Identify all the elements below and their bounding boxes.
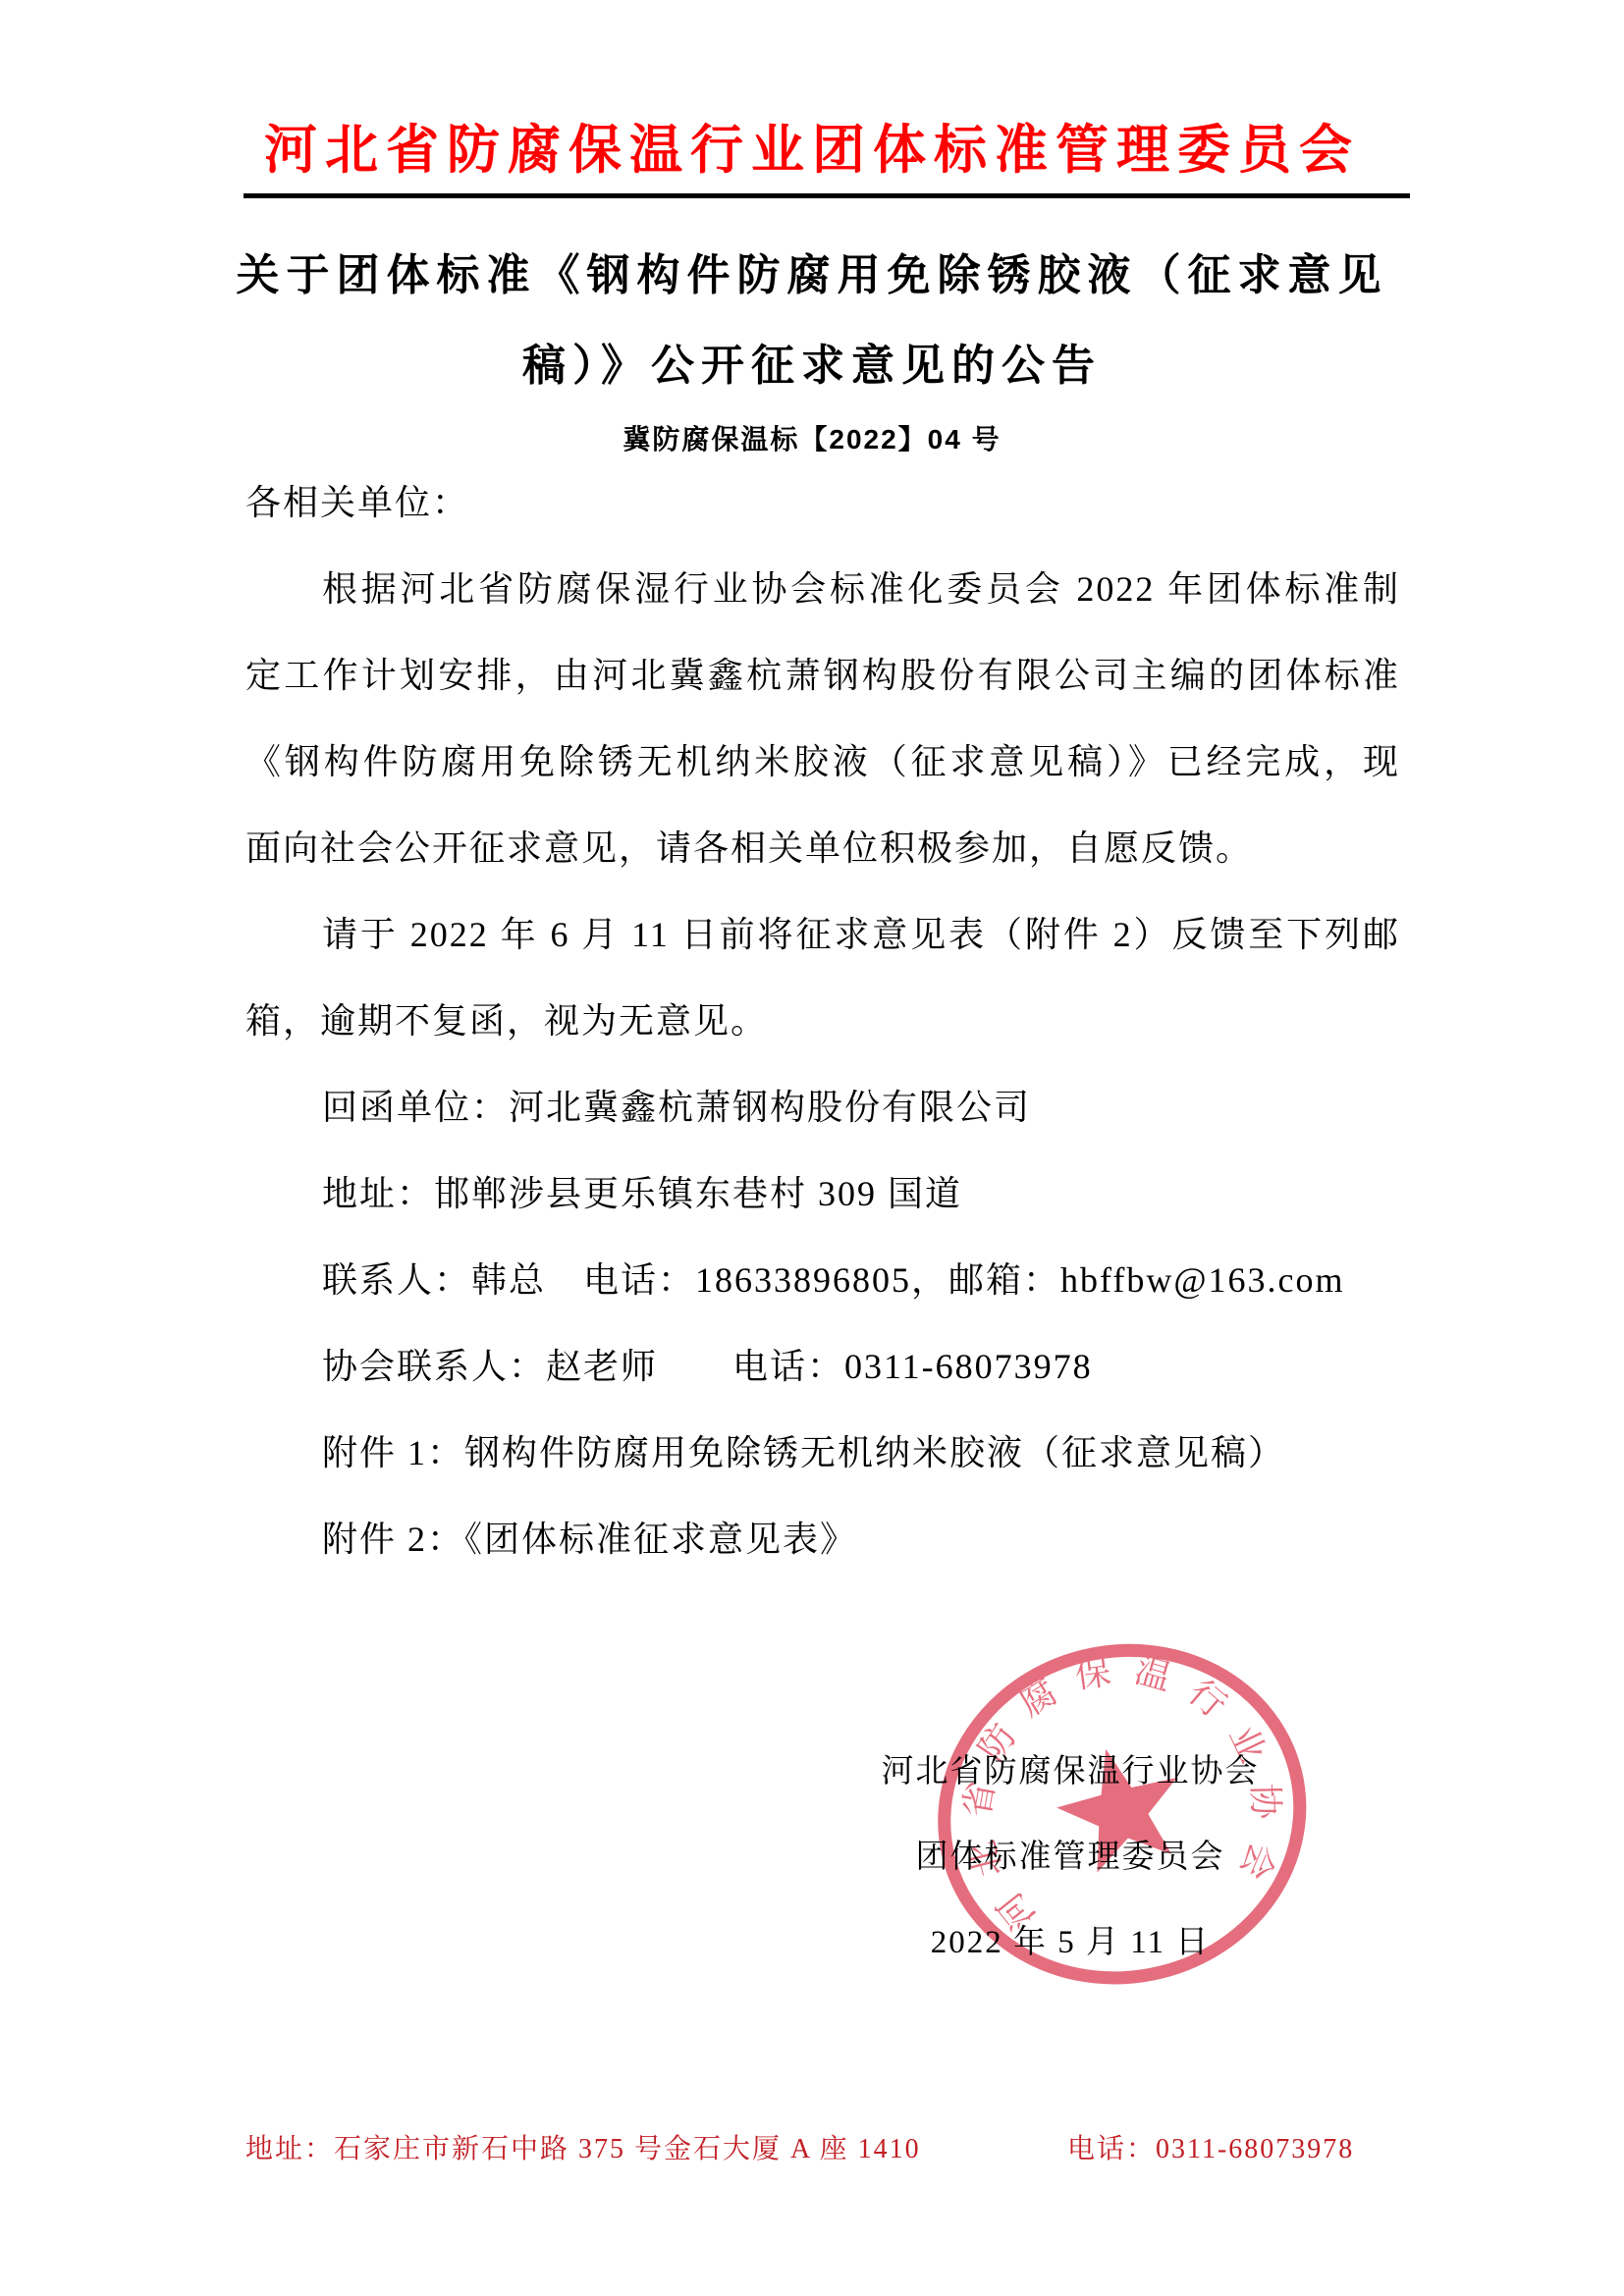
body-line: 联系人：韩总 电话：18633896805，邮箱：hbffbw@163.com xyxy=(245,1237,1400,1323)
body-line: 箱，逾期不复函，视为无意见。 xyxy=(245,978,1400,1064)
body-line: 面向社会公开征求意见，请各相关单位积极参加，自愿反馈。 xyxy=(245,805,1400,891)
document-title-line2: 稿）》公开征求意见的公告 xyxy=(0,338,1624,395)
body-line: 请于 2022 年 6 月 11 日前将征求意见表（附件 2）反馈至下列邮 xyxy=(245,891,1400,978)
header-divider-rule xyxy=(244,193,1410,198)
body-line: 协会联系人：赵老师 电话：0311-68073978 xyxy=(245,1323,1400,1410)
body-line: 各相关单位： xyxy=(245,459,1400,546)
announcement-document: 河北省防腐保温行业团体标准管理委员会 关于团体标准《钢构件防腐用免除锈胶液（征求… xyxy=(0,0,1624,2296)
footer-address: 地址：石家庄市新石中路 375 号金石大厦 A 座 1410 xyxy=(245,2130,921,2169)
signature-org-line2: 团体标准管理委员会 xyxy=(864,1815,1276,1900)
body-line: 附件 2：《团体标准征求意见表》 xyxy=(245,1496,1400,1582)
signature-block: 河北省防腐保温行业协会 团体标准管理委员会 2022 年 5 月 11 日 xyxy=(864,1730,1276,1986)
body-line: 地址：邯郸涉县更乐镇东巷村 309 国道 xyxy=(245,1150,1400,1237)
body-line: 根据河北省防腐保湿行业协会标准化委员会 2022 年团体标准制 xyxy=(245,546,1400,632)
signature-date: 2022 年 5 月 11 日 xyxy=(864,1900,1276,1986)
signature-org-line1: 河北省防腐保温行业协会 xyxy=(864,1730,1276,1815)
body-line: 《钢构件防腐用免除锈无机纳米胶液（征求意见稿）》已经完成，现 xyxy=(245,719,1400,805)
footer-phone: 电话：0311-68073978 xyxy=(1067,2130,1354,2169)
body-line: 附件 1：钢构件防腐用免除锈无机纳米胶液（征求意见稿） xyxy=(245,1410,1400,1496)
body-line: 定工作计划安排，由河北冀鑫杭萧钢构股份有限公司主编的团体标准 xyxy=(245,632,1400,719)
body-lines: 各相关单位：根据河北省防腐保湿行业协会标准化委员会 2022 年团体标准制定工作… xyxy=(245,459,1400,1582)
document-title-line1: 关于团体标准《钢构件防腐用免除锈胶液（征求意见 xyxy=(0,247,1624,304)
org-header-title: 河北省防腐保温行业团体标准管理委员会 xyxy=(0,116,1624,185)
body-line: 回函单位：河北冀鑫杭萧钢构股份有限公司 xyxy=(245,1064,1400,1150)
document-number: 冀防腐保温标【2022】04 号 xyxy=(0,420,1624,459)
